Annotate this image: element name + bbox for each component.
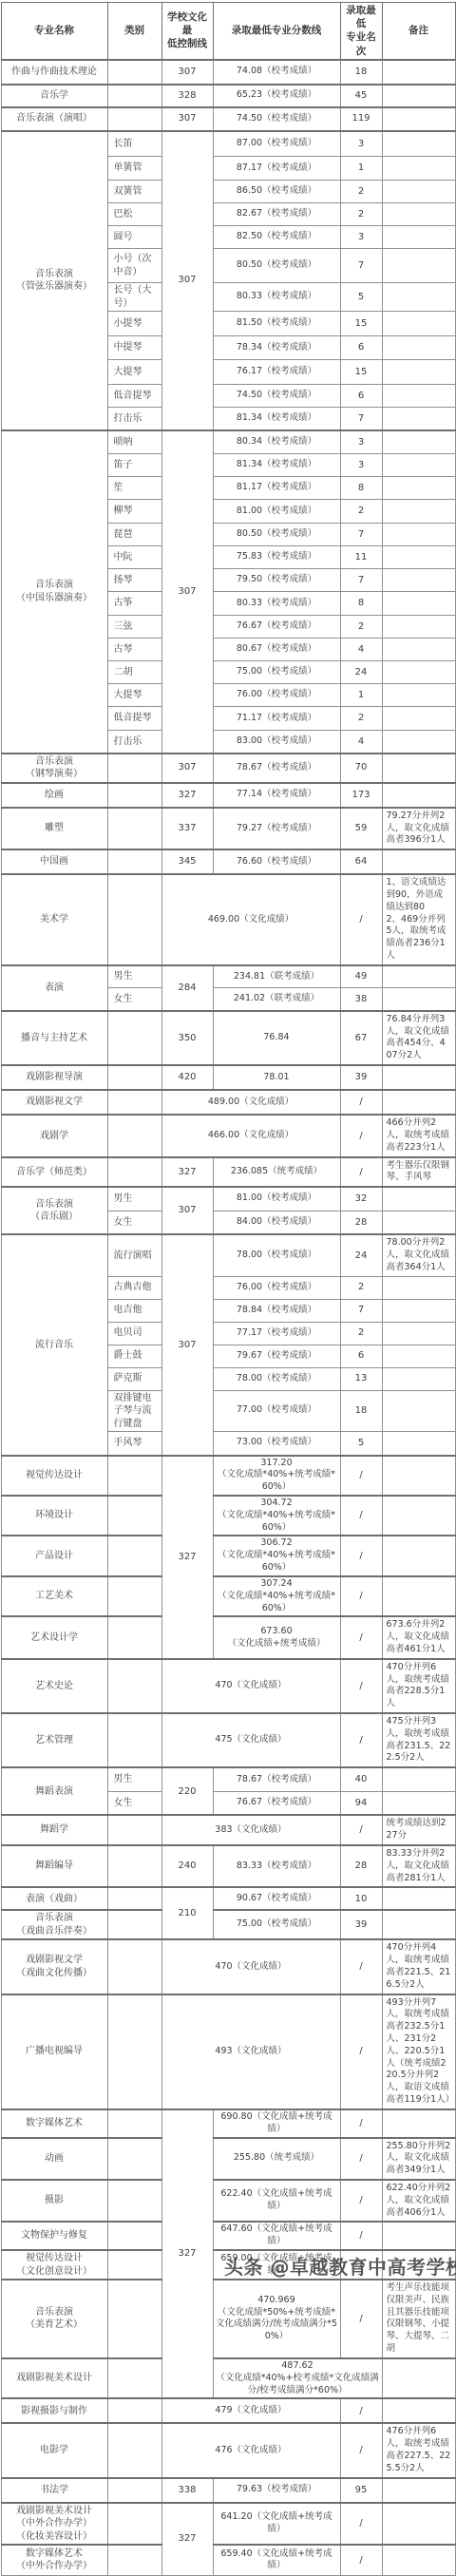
cell-remark (382, 2545, 455, 2575)
cell-remark (382, 477, 455, 500)
cell-remark (382, 1496, 455, 1536)
cell-category: 女生 (107, 1211, 161, 1234)
cell-category: 流行演唱 (107, 1234, 161, 1276)
cell-min-score: 83.00（校考成绩） (213, 731, 340, 754)
cell-remark (382, 684, 455, 707)
cell-category (107, 1576, 161, 1616)
cell-major-name: 音乐表演 （中国乐器演奏） (1, 430, 107, 754)
cell-min-rank: 4 (340, 639, 382, 661)
cell-category: 手风琴 (107, 1432, 161, 1456)
cell-major-name: 音乐表演 （音乐剧） (1, 1187, 107, 1234)
cell-min-score: 479（文化成绩） (161, 2398, 340, 2423)
cell-min-rank: 49 (340, 965, 382, 988)
cell-category (107, 2503, 161, 2546)
table-row: 工艺美术307.24 （文化成绩*40%+统考成绩*60%）/ (1, 1576, 455, 1616)
table-row: 摄影622.40（文化成绩+统考成绩）/622.40分并列2人，取文化成绩高者4… (1, 2180, 455, 2222)
cell-category: 低音提琴 (107, 707, 161, 731)
cell-remark (382, 569, 455, 592)
cell-min-rank: 28 (340, 1845, 382, 1887)
cell-culture-control-line: 220 (161, 1767, 213, 1815)
cell-remark (382, 1367, 455, 1390)
cell-min-score: 306.72 （文化成绩*40%+统考成绩*60%） (213, 1536, 340, 1575)
table-row: 绘画32777.14（校考成绩）173 (1, 783, 455, 808)
cell-remark (382, 2478, 455, 2503)
cell-category (107, 1157, 161, 1188)
cell-min-score: 307.24 （文化成绩*40%+统考成绩*60%） (213, 1576, 340, 1616)
cell-category: 琵琶 (107, 524, 161, 546)
cell-remark (382, 754, 455, 783)
cell-category (107, 1939, 161, 1994)
cell-remark (382, 385, 455, 408)
cell-category: 萨克斯 (107, 1367, 161, 1390)
cell-min-rank: 2 (340, 500, 382, 524)
table-row: 数字媒体艺术327690.80（文化成绩+统考成绩）/ (1, 2109, 455, 2138)
cell-min-rank: 7 (340, 1299, 382, 1322)
cell-min-rank: 13 (340, 1367, 382, 1390)
cell-min-rank: / (340, 1994, 382, 2109)
cell-major-name: 戏剧影视美术设计 （中外合作办学） （化妆美容设计） (1, 2503, 107, 2546)
cell-min-rank: / (340, 1536, 382, 1575)
cell-culture-control-line: 307 (161, 60, 213, 85)
cell-remark (382, 1390, 455, 1432)
cell-min-score: 78.01 (213, 1065, 340, 1090)
cell-category (107, 874, 161, 965)
cell-remark (382, 661, 455, 684)
cell-remark (382, 1767, 455, 1791)
cell-category (107, 1845, 161, 1887)
cell-min-rank: 119 (340, 107, 382, 131)
cell-min-score: 234.81（联考成绩） (213, 965, 340, 988)
cell-remark: 78.00分并列2人，取文化成绩高者364分1人 (382, 1234, 455, 1276)
cell-remark: 76.84分并列3人，取文化成绩高者454分、407分2人 (382, 1011, 455, 1065)
table-row: 数字媒体艺术 （中外合作办学）659.40（文化成绩+统考成绩）/ (1, 2545, 455, 2575)
cell-category: 打击乐 (107, 731, 161, 754)
cell-min-rank: / (340, 2180, 382, 2222)
cell-min-rank: 11 (340, 546, 382, 569)
cell-min-rank: 15 (340, 312, 382, 336)
cell-remark (382, 1090, 455, 1115)
cell-min-score: 78.00（校考成绩） (213, 1367, 340, 1390)
table-row: 广播电视编导493（文化成绩）/493分并列7人，取统考成绩高者232.5分1人… (1, 1994, 455, 2109)
cell-major-name: 影视摄影与制作 (1, 2398, 107, 2423)
cell-min-rank: 10 (340, 1887, 382, 1910)
cell-category: 小号（次中音） (107, 249, 161, 283)
cell-category (107, 808, 161, 849)
cell-culture-control-line: 337 (161, 808, 213, 849)
cell-category (107, 754, 161, 783)
cell-remark (382, 203, 455, 226)
cell-remark (382, 85, 455, 107)
cell-min-rank: 2 (340, 1322, 382, 1345)
cell-min-score: 82.67（校考成绩） (213, 203, 340, 226)
cell-remark (382, 312, 455, 336)
table-row: 音乐表演 （管弦乐器演奏）长笛30787.00（校考成绩）3 (1, 131, 455, 157)
cell-min-score: 81.00（校考成绩） (213, 500, 340, 524)
cell-min-rank: / (340, 2423, 382, 2477)
cell-major-name: 数字媒体艺术 (1, 2109, 107, 2138)
cell-min-score: 76.00（校考成绩） (213, 684, 340, 707)
cell-remark (382, 1065, 455, 1090)
cell-category (107, 2180, 161, 2222)
cell-category: 女生 (107, 1791, 161, 1815)
table-row: 书法学33879.63（校考成绩）95 (1, 2478, 455, 2503)
cell-culture-control-line: 345 (161, 849, 213, 874)
cell-min-score: 383（文化成绩） (161, 1815, 340, 1845)
cell-major-name: 戏剧影视导演 (1, 1065, 107, 1090)
cell-category: 中阮 (107, 546, 161, 569)
cell-category (107, 2109, 161, 2138)
cell-culture-control-line: 420 (161, 1065, 213, 1090)
cell-remark: 673.6分并列2人，取文化成绩高者461分1人 (382, 1616, 455, 1658)
cell-min-score: 75.83（校考成绩） (213, 546, 340, 569)
cell-remark (382, 783, 455, 808)
cell-min-score: 317.20 （文化成绩*40%+统考成绩*60%） (213, 1456, 340, 1496)
cell-min-rank: 3 (340, 226, 382, 249)
cell-min-rank: 8 (340, 477, 382, 500)
cell-min-rank: / (340, 2138, 382, 2180)
cell-min-score: 470.969 （文化成绩*50%+统考成绩*文化成绩满分/统考成绩满分*50%… (213, 2280, 340, 2358)
cell-major-name: 表演 (1, 965, 107, 1011)
table-row: 艺术史论470（文化成绩）/470分并列6人，取统考成绩高者228.5分1人 (1, 1659, 455, 1713)
cell-culture-control-line: 338 (161, 2478, 213, 2503)
cell-category: 古琴 (107, 639, 161, 661)
cell-culture-control-line: 307 (161, 1234, 213, 1455)
admission-table-page: 专业名称类别学校文化最 低控制线录取最低专业分数线录取最低 专业名次备注 作曲与… (0, 2, 456, 2576)
cell-min-score: 81.17（校考成绩） (213, 477, 340, 500)
table-row: 产品设计306.72 （文化成绩*40%+统考成绩*60%）/ (1, 1536, 455, 1575)
cell-min-score: 236.085（统考成绩） (213, 1157, 340, 1188)
cell-remark (382, 1536, 455, 1575)
cell-min-rank: 39 (340, 1065, 382, 1090)
cell-category (107, 1536, 161, 1575)
cell-min-rank: / (340, 2222, 382, 2250)
cell-culture-control-line: 307 (161, 1187, 213, 1234)
cell-remark (382, 360, 455, 385)
cell-remark (382, 849, 455, 874)
cell-min-score: 487.62 （文化成绩*40%+校考成绩*文化成绩满分/校考成绩满分*60%） (213, 2358, 382, 2398)
cell-category: 长号（大号） (107, 283, 161, 312)
cell-remark (382, 524, 455, 546)
cell-major-name: 舞蹈学 (1, 1815, 107, 1845)
cell-min-score: 466.00（文化成绩） (161, 1115, 340, 1156)
cell-category: 古典吉他 (107, 1276, 161, 1299)
table-row: 舞蹈表演男生22078.67（校考成绩）40 (1, 1767, 455, 1791)
cell-remark (382, 107, 455, 131)
cell-min-score: 87.00（校考成绩） (213, 131, 340, 157)
cell-remark: 83.33分并列2人，取文化成绩高者281分1人 (382, 1845, 455, 1887)
cell-min-score: 80.33（校考成绩） (213, 592, 340, 616)
cell-remark (382, 1187, 455, 1211)
cell-major-name: 作曲与作曲技术理论 (1, 60, 107, 85)
cell-category: 男生 (107, 1767, 161, 1791)
cell-remark (382, 965, 455, 988)
cell-min-rank: 67 (340, 1011, 382, 1065)
cell-min-score: 659.00（文化成绩+统考成绩） (213, 2250, 340, 2280)
table-row: 视觉传达设计 （文化创意设计）659.00（文化成绩+统考成绩）/ (1, 2250, 455, 2280)
cell-min-score: 86.50（校考成绩） (213, 181, 340, 203)
cell-min-score: 78.67（校考成绩） (213, 1767, 340, 1791)
cell-min-rank: 4 (340, 731, 382, 754)
cell-culture-control-line: 327 (161, 2503, 213, 2576)
cell-category (107, 1456, 161, 1496)
cell-min-score: 87.17（校考成绩） (213, 157, 340, 181)
cell-major-name: 艺术管理 (1, 1713, 107, 1767)
cell-min-rank: 2 (340, 616, 382, 639)
cell-remark (382, 1791, 455, 1815)
table-row: 音乐学（师范类）327236.085（统考成绩）/考生器乐仅限钢琴、手风琴 (1, 1157, 455, 1188)
cell-major-name: 环境设计 (1, 1496, 107, 1536)
cell-category (107, 2423, 161, 2477)
cell-min-rank: 2 (340, 181, 382, 203)
cell-min-score: 80.67（校考成绩） (213, 639, 340, 661)
cell-category (107, 1090, 161, 1115)
cell-min-rank: 2 (340, 203, 382, 226)
cell-remark: 考生声乐技能项仅限美声、民族且其器乐技能项仅限钢琴、小提琴、大提琴、二胡 (382, 2280, 455, 2358)
header-cell: 录取最低 专业名次 (340, 3, 382, 60)
cell-min-score: 690.80（文化成绩+统考成绩） (213, 2109, 340, 2138)
cell-category (107, 2358, 161, 2398)
cell-remark (382, 707, 455, 731)
cell-min-score: 80.33（校考成绩） (213, 283, 340, 312)
cell-category: 唢呐 (107, 430, 161, 454)
table-row: 动画255.80（统考成绩）/255.80分并列2人，取文化成绩高者349分1人 (1, 2138, 455, 2180)
cell-remark (382, 1345, 455, 1367)
cell-min-rank: 64 (340, 849, 382, 874)
cell-min-rank: / (340, 1115, 382, 1156)
cell-culture-control-line: 210 (161, 1887, 213, 1939)
cell-culture-control-line: 350 (161, 1011, 213, 1065)
table-row: 表演男生284234.81（联考成绩）49 (1, 965, 455, 988)
cell-min-score: 76.17（校考成绩） (213, 360, 340, 385)
cell-min-rank: 8 (340, 592, 382, 616)
cell-remark (382, 2358, 455, 2398)
cell-min-rank: 24 (340, 1234, 382, 1276)
cell-remark: 622.40分并列2人，取文化成绩高者406分1人 (382, 2180, 455, 2222)
cell-min-rank: 7 (340, 408, 382, 430)
cell-min-rank: 24 (340, 661, 382, 684)
cell-min-rank: 6 (340, 1345, 382, 1367)
cell-category (107, 1659, 161, 1713)
cell-min-score: 84.00（校考成绩） (213, 1211, 340, 1234)
cell-culture-control-line: 240 (161, 1845, 213, 1887)
table-row: 音乐学32865.23（校考成绩）45 (1, 85, 455, 107)
admission-score-table: 专业名称类别学校文化最 低控制线录取最低专业分数线录取最低 专业名次备注 作曲与… (1, 2, 456, 2576)
cell-min-score: 76.84 (213, 1011, 340, 1065)
cell-category: 双排键电子琴与流行键盘 (107, 1390, 161, 1432)
cell-min-score: 78.00（校考成绩） (213, 1234, 340, 1276)
cell-min-rank: 3 (340, 131, 382, 157)
cell-culture-control-line: 307 (161, 430, 213, 754)
cell-min-rank: 7 (340, 524, 382, 546)
table-row: 艺术管理475（文化成绩）/475分并列3人，取统考成绩高者231.5、222.… (1, 1713, 455, 1767)
cell-remark (382, 2398, 455, 2423)
cell-min-score: 78.67（校考成绩） (213, 754, 340, 783)
cell-min-score: 74.50（校考成绩） (213, 385, 340, 408)
cell-min-rank: 7 (340, 569, 382, 592)
cell-remark (382, 430, 455, 454)
cell-min-score: 76.67（校考成绩） (213, 1791, 340, 1815)
cell-remark (382, 1432, 455, 1456)
cell-major-name: 美术学 (1, 874, 107, 965)
cell-remark: 466分并列2人，取统考成绩高者223分1人 (382, 1115, 455, 1156)
cell-min-rank: 3 (340, 430, 382, 454)
cell-category: 笙 (107, 477, 161, 500)
cell-culture-control-line: 327 (161, 1456, 213, 1659)
cell-min-rank: 59 (340, 808, 382, 849)
cell-category: 女生 (107, 988, 161, 1011)
table-row: 戏剧影视美术设计 （中外合作办学） （化妆美容设计）327641.20（文化成绩… (1, 2503, 455, 2546)
cell-min-score: 489.00（文化成绩） (161, 1090, 340, 1115)
cell-min-score: 241.02（联考成绩） (213, 988, 340, 1011)
cell-major-name: 电影学 (1, 2423, 107, 2477)
cell-major-name: 戏剧影视文学 （戏曲文化传播） (1, 1939, 107, 1994)
cell-culture-control-line: 284 (161, 965, 213, 1011)
cell-major-name: 播音与主持艺术 (1, 1011, 107, 1065)
cell-major-name: 产品设计 (1, 1536, 107, 1575)
cell-major-name: 音乐表演（演唱） (1, 107, 107, 131)
cell-major-name: 流行音乐 (1, 1234, 107, 1455)
cell-min-rank: / (340, 1090, 382, 1115)
cell-min-rank: 18 (340, 60, 382, 85)
cell-min-rank: / (340, 2109, 382, 2138)
cell-min-rank: / (340, 2280, 382, 2358)
cell-min-score: 77.17（校考成绩） (213, 1322, 340, 1345)
cell-min-score: 82.50（校考成绩） (213, 226, 340, 249)
cell-category (107, 849, 161, 874)
cell-min-score: 65.23（校考成绩） (213, 85, 340, 107)
cell-remark (382, 336, 455, 360)
cell-min-rank: / (340, 2398, 382, 2423)
table-row: 音乐表演 （美育艺术）470.969 （文化成绩*50%+统考成绩*文化成绩满分… (1, 2280, 455, 2358)
cell-min-rank: / (340, 2250, 382, 2280)
table-row: 文物保护与修复647.60（文化成绩+统考成绩）/ (1, 2222, 455, 2250)
cell-category (107, 60, 161, 85)
cell-remark (382, 546, 455, 569)
cell-remark (382, 2250, 455, 2280)
cell-remark (382, 408, 455, 430)
cell-min-score: 470（文化成绩） (161, 1939, 340, 1994)
table-row: 美术学469.00（文化成绩）/1、语文成绩达到90，外语成绩达到80 2、46… (1, 874, 455, 965)
cell-min-score: 79.67（校考成绩） (213, 1345, 340, 1367)
cell-min-score: 469.00（文化成绩） (161, 874, 340, 965)
table-row: 播音与主持艺术35076.846776.84分并列3人，取文化成绩高者454分、… (1, 1011, 455, 1065)
cell-category: 大提琴 (107, 684, 161, 707)
cell-category: 双簧管 (107, 181, 161, 203)
cell-culture-control-line: 328 (161, 85, 213, 107)
cell-min-score: 80.34（校考成绩） (213, 430, 340, 454)
cell-remark: 统考成绩达到227分 (382, 1815, 455, 1845)
cell-major-name: 文物保护与修复 (1, 2222, 107, 2250)
cell-category: 柳琴 (107, 500, 161, 524)
cell-min-rank: 28 (340, 1211, 382, 1234)
cell-culture-control-line: 327 (161, 2109, 213, 2398)
table-row: 戏剧影视文学 （戏曲文化传播）470（文化成绩）/470分并列4人，取统考成绩高… (1, 1939, 455, 1994)
cell-min-rank: 1 (340, 157, 382, 181)
cell-remark: 475分并列3人，取统考成绩高者231.5、222.5分2人 (382, 1713, 455, 1767)
table-row: 流行音乐流行演唱30778.00（校考成绩）2478.00分并列2人，取文化成绩… (1, 1234, 455, 1276)
cell-remark (382, 1456, 455, 1496)
cell-remark (382, 1910, 455, 1939)
cell-min-rank: / (340, 1713, 382, 1767)
cell-remark (382, 454, 455, 477)
cell-category: 巴松 (107, 203, 161, 226)
cell-remark (382, 731, 455, 754)
cell-remark (382, 1211, 455, 1234)
table-row: 电影学476（文化成绩）/476分并列6人，取统考成绩高者227.5、225.5… (1, 2423, 455, 2477)
cell-category: 圆号 (107, 226, 161, 249)
cell-category (107, 107, 161, 131)
header-cell: 备注 (382, 3, 455, 60)
cell-culture-control-line: 307 (161, 754, 213, 783)
cell-category: 长笛 (107, 131, 161, 157)
cell-major-name: 音乐表演 （美育艺术） (1, 2280, 107, 2358)
cell-category (107, 1994, 161, 2109)
cell-category: 低音提琴 (107, 385, 161, 408)
cell-min-rank: / (340, 1157, 382, 1188)
cell-min-score: 76.00（校考成绩） (213, 1276, 340, 1299)
table-row: 中国画34576.60（校考成绩）64 (1, 849, 455, 874)
cell-major-name: 舞蹈表演 (1, 1767, 107, 1815)
cell-major-name: 中国画 (1, 849, 107, 874)
table-row: 环境设计304.72 （文化成绩*40%+统考成绩*60%）/ (1, 1496, 455, 1536)
cell-major-name: 绘画 (1, 783, 107, 808)
cell-category (107, 1115, 161, 1156)
cell-remark (382, 1322, 455, 1345)
cell-min-rank: 95 (340, 2478, 382, 2503)
cell-remark (382, 1299, 455, 1322)
cell-min-score: 81.00（校考成绩） (213, 1187, 340, 1211)
cell-category (107, 85, 161, 107)
cell-major-name: 音乐学 (1, 85, 107, 107)
cell-category: 单簧管 (107, 157, 161, 181)
cell-min-rank: / (340, 2545, 382, 2575)
cell-min-score: 74.50（校考成绩） (213, 107, 340, 131)
cell-category (107, 2280, 161, 2358)
cell-category: 男生 (107, 1187, 161, 1211)
cell-min-score: 493（文化成绩） (161, 1994, 340, 2109)
cell-remark (382, 181, 455, 203)
cell-category: 二胡 (107, 661, 161, 684)
header-cell: 录取最低专业分数线 (213, 3, 340, 60)
cell-min-score: 641.20（文化成绩+统考成绩） (213, 2503, 340, 2546)
cell-min-rank: 40 (340, 1767, 382, 1791)
cell-major-name: 音乐表演 （戏曲音乐伴奏） (1, 1910, 107, 1939)
cell-min-score: 81.34（校考成绩） (213, 408, 340, 430)
cell-category (107, 2138, 161, 2180)
cell-category: 打击乐 (107, 408, 161, 430)
table-row: 音乐表演（演唱）30774.50（校考成绩）119 (1, 107, 455, 131)
cell-remark: 考生器乐仅限钢琴、手风琴 (382, 1157, 455, 1188)
cell-major-name: 书法学 (1, 2478, 107, 2503)
cell-min-rank: / (340, 1815, 382, 1845)
cell-category: 三弦 (107, 616, 161, 639)
cell-remark (382, 60, 455, 85)
cell-min-rank: / (340, 874, 382, 965)
cell-major-name: 视觉传达设计 （文化创意设计） (1, 2250, 107, 2280)
cell-min-rank: 6 (340, 385, 382, 408)
cell-min-score: 77.14（校考成绩） (213, 783, 340, 808)
cell-major-name: 艺术设计学 (1, 1616, 107, 1658)
cell-culture-control-line: 307 (161, 131, 213, 430)
cell-category (107, 2478, 161, 2503)
cell-min-rank: 5 (340, 1432, 382, 1456)
cell-min-rank: / (340, 1456, 382, 1496)
cell-major-name: 摄影 (1, 2180, 107, 2222)
cell-category (107, 1065, 161, 1090)
cell-remark: 470分并列4人，取统考成绩高者221.5、216.5分2人 (382, 1939, 455, 1994)
cell-min-score: 304.72 （文化成绩*40%+统考成绩*60%） (213, 1496, 340, 1536)
cell-category (107, 2250, 161, 2280)
